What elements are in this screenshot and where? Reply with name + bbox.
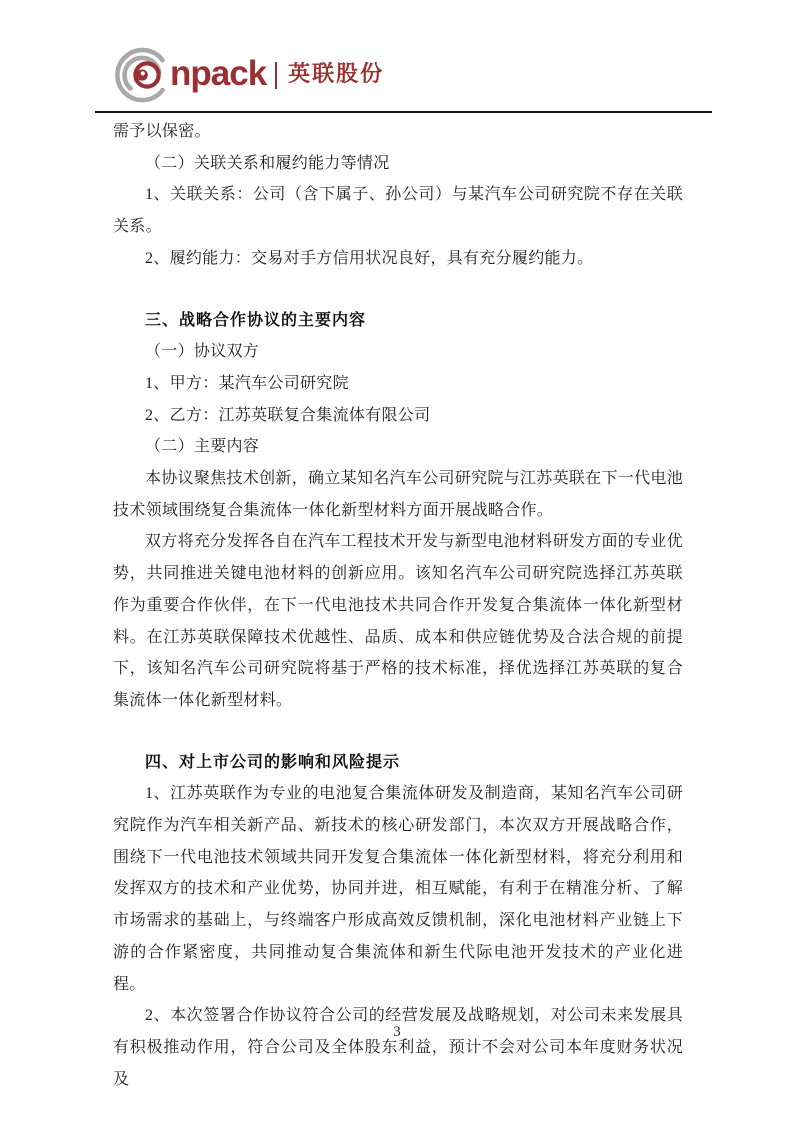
paragraph-party-a: 1、甲方：某汽车公司研究院 <box>113 368 683 400</box>
paragraph-related-relation: 1、关联关系：公司（含下属子、孙公司）与某汽车公司研究院不存在关联关系。 <box>113 179 683 242</box>
subheading-2-related-parties: （二）关联关系和履约能力等情况 <box>113 148 683 180</box>
heading-4-impact-risk: 四、对上市公司的影响和风险提示 <box>113 747 683 779</box>
paragraph-performance-ability: 2、履约能力：交易对手方信用状况良好，具有充分履约能力。 <box>113 243 683 275</box>
subheading-agreement-parties: （一）协议双方 <box>113 336 683 368</box>
heading-3-agreement-content: 三、战略合作协议的主要内容 <box>113 305 683 337</box>
brand-name-latin: npack <box>170 56 266 91</box>
page-number: 3 <box>0 1024 794 1041</box>
header-rule <box>95 111 712 113</box>
paragraph-impact-1: 1、江苏英联作为专业的电池复合集流体研发及制造商，某知名汽车公司研究院作为汽车相… <box>113 778 683 1000</box>
brand-divider <box>275 62 277 89</box>
subheading-main-content: （二）主要内容 <box>113 431 683 463</box>
cnpack-logo-icon <box>111 46 173 104</box>
brand-name-chinese: 英联股份 <box>288 63 384 85</box>
paragraph-agreement-focus: 本协议聚焦技术创新，确立某知名汽车公司研究院与江苏英联在下一代电池技术领域围绕复… <box>113 463 683 526</box>
paragraph-impact-2: 2、本次签署合作协议符合公司的经营发展及战略规划，对公司未来发展具有积极推动作用… <box>113 1000 683 1095</box>
company-logo: npack 英联股份 <box>111 46 384 104</box>
document-body: 需予以保密。（二）关联关系和履约能力等情况1、关联关系：公司（含下属子、孙公司）… <box>113 116 683 1095</box>
paragraph-cooperation-detail: 双方将充分发挥各自在汽车工程技术开发与新型电池材料研发方面的专业优势，共同推进关… <box>113 526 683 716</box>
paragraph-party-b: 2、乙方：江苏英联复合集流体有限公司 <box>113 400 683 432</box>
paragraph-continuation: 需予以保密。 <box>113 116 683 148</box>
document-page: npack 英联股份 需予以保密。（二）关联关系和履约能力等情况1、关联关系：公… <box>0 0 794 1123</box>
